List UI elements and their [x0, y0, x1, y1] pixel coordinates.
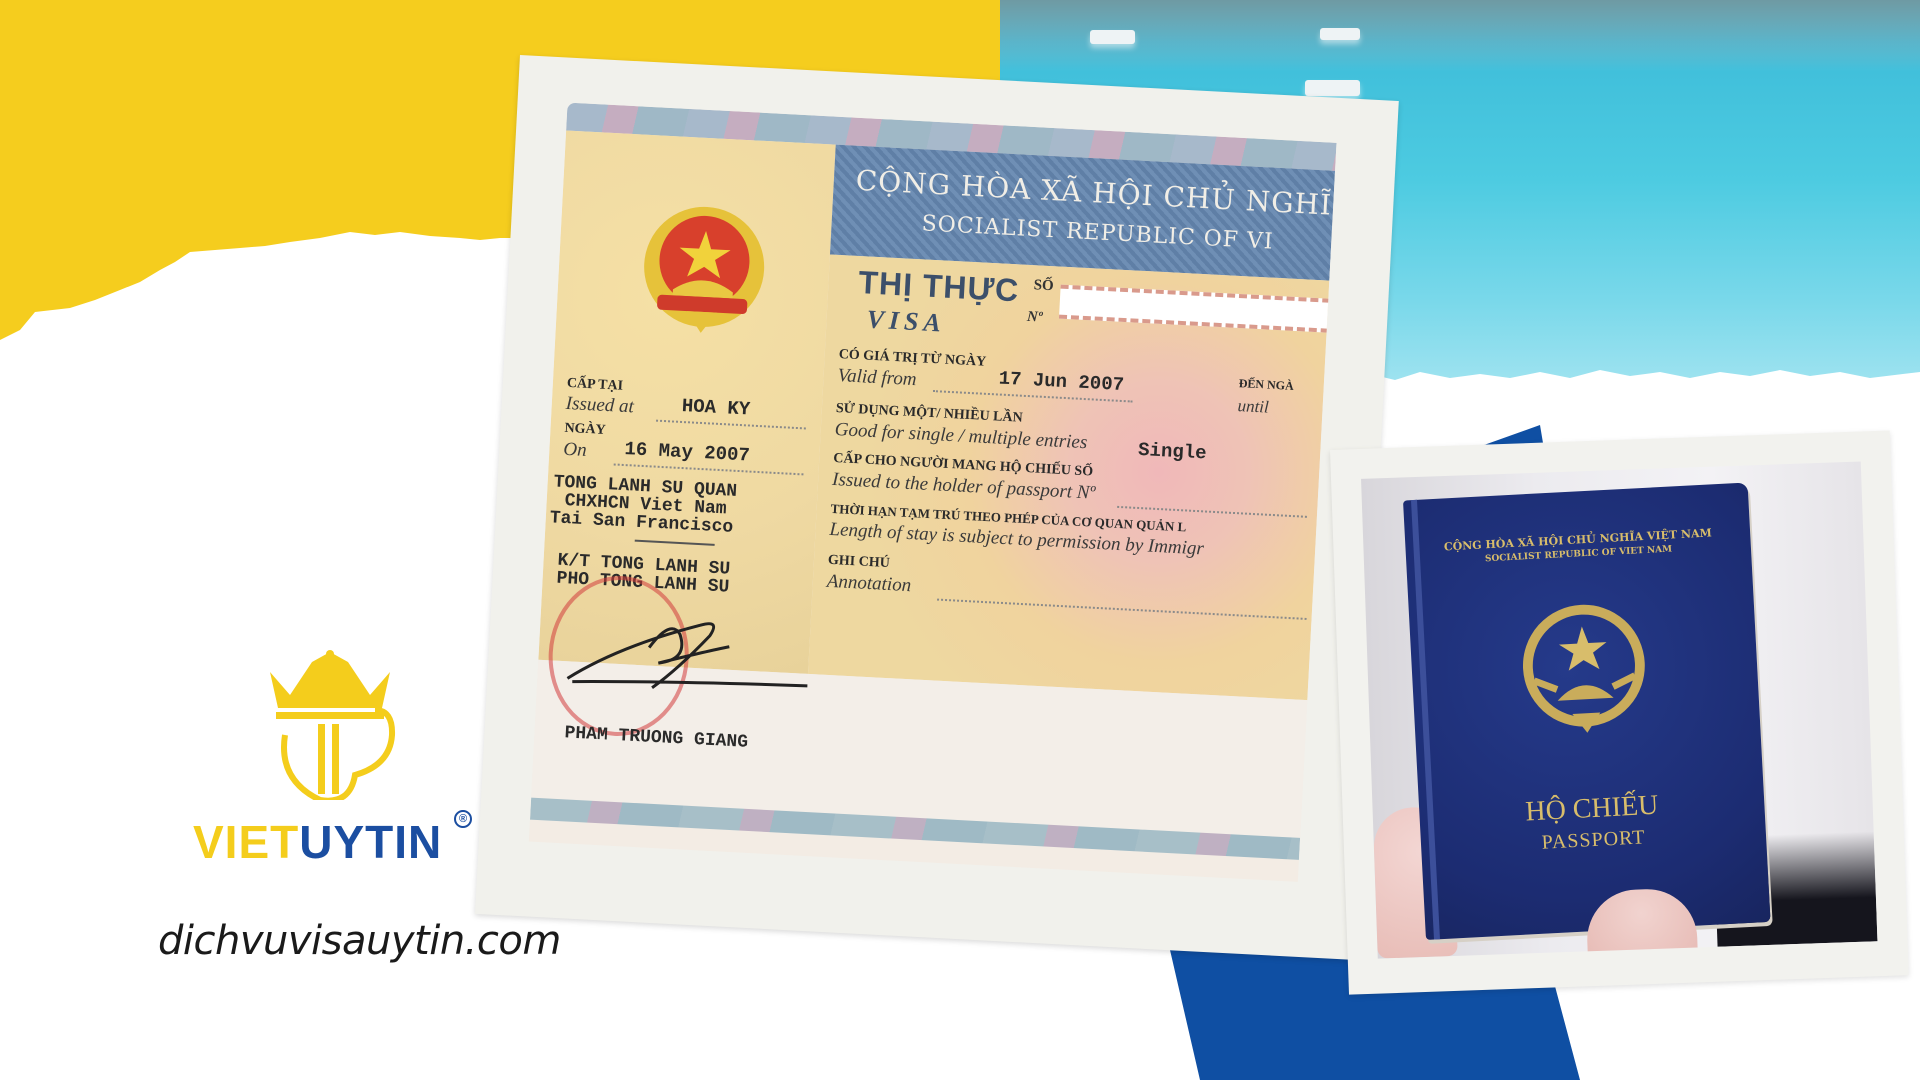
issued-on-label-en: On [563, 439, 587, 462]
visa-number-label-vn: SỐ [1033, 277, 1054, 295]
vietnam-national-emblem-icon [625, 194, 783, 352]
visa-number-label-en: Nº [1027, 309, 1043, 327]
annotation-label-en: Annotation [826, 571, 911, 597]
dotted-line [937, 599, 1307, 620]
website-url[interactable]: dichvuvisauytin.com [158, 918, 561, 964]
valid-until-label-en: until [1237, 396, 1269, 418]
visa-title-vn: THỊ THỰC [858, 264, 1020, 309]
dotted-line [614, 463, 804, 475]
entries-value: Single [1138, 439, 1207, 465]
visa-security-band [530, 798, 1300, 860]
passport-photo-card: CỘNG HÒA XÃ HỘI CHỦ NGHĨA VIỆT NAM SOCIA… [1330, 430, 1909, 994]
visa-details: THỊ THỰC VISA SỐ Nº CÓ GIÁ TRỊ TỪ NGÀY V… [808, 254, 1329, 700]
vietnam-passport: CỘNG HÒA XÃ HỘI CHỦ NGHĨA VIỆT NAM SOCIA… [1403, 482, 1771, 939]
visa-photo-card: CẤP TẠI Issued at HOA KY NGÀY On 16 May … [475, 55, 1399, 960]
issued-on-label-vn: NGÀY [564, 421, 606, 439]
issued-on-value: 16 May 2007 [624, 438, 750, 467]
signature-icon [557, 583, 822, 706]
passport-emblem-icon [1511, 598, 1658, 745]
brand-name-part2: UYTIN [299, 816, 442, 868]
entries-label-en: Good for single / multiple entries [834, 419, 1088, 454]
visa-number-redacted [1059, 285, 1330, 333]
vietuytin-logo: VIETUYTIN ® [190, 650, 490, 880]
visa-page: CẤP TẠI Issued at HOA KY NGÀY On 16 May … [529, 103, 1337, 882]
divider [635, 540, 715, 546]
visa-title-en: VISA [866, 305, 947, 339]
dotted-line [1117, 506, 1307, 518]
registered-trademark-icon: ® [454, 810, 472, 828]
crown-logo-icon [250, 650, 410, 800]
passport-photo: CỘNG HÒA XÃ HỘI CHỦ NGHĨA VIỆT NAM SOCIA… [1361, 461, 1877, 958]
brand-name: VIETUYTIN [193, 815, 442, 869]
annotation-label-vn: GHI CHÚ [828, 553, 891, 572]
visa-header-en: SOCIALIST REPUBLIC OF VI [921, 211, 1274, 254]
valid-until-label-vn: ĐẾN NGÀ [1238, 376, 1294, 394]
dotted-line [656, 420, 806, 430]
valid-from-label-en: Valid from [837, 365, 917, 391]
issued-at-value: HOA KY [681, 395, 750, 421]
brand-name-part1: VIET [193, 816, 299, 868]
issued-at-label-en: Issued at [565, 393, 634, 419]
valid-from-value: 17 Jun 2007 [998, 368, 1124, 397]
issued-at-label-vn: CẤP TẠI [566, 376, 623, 395]
